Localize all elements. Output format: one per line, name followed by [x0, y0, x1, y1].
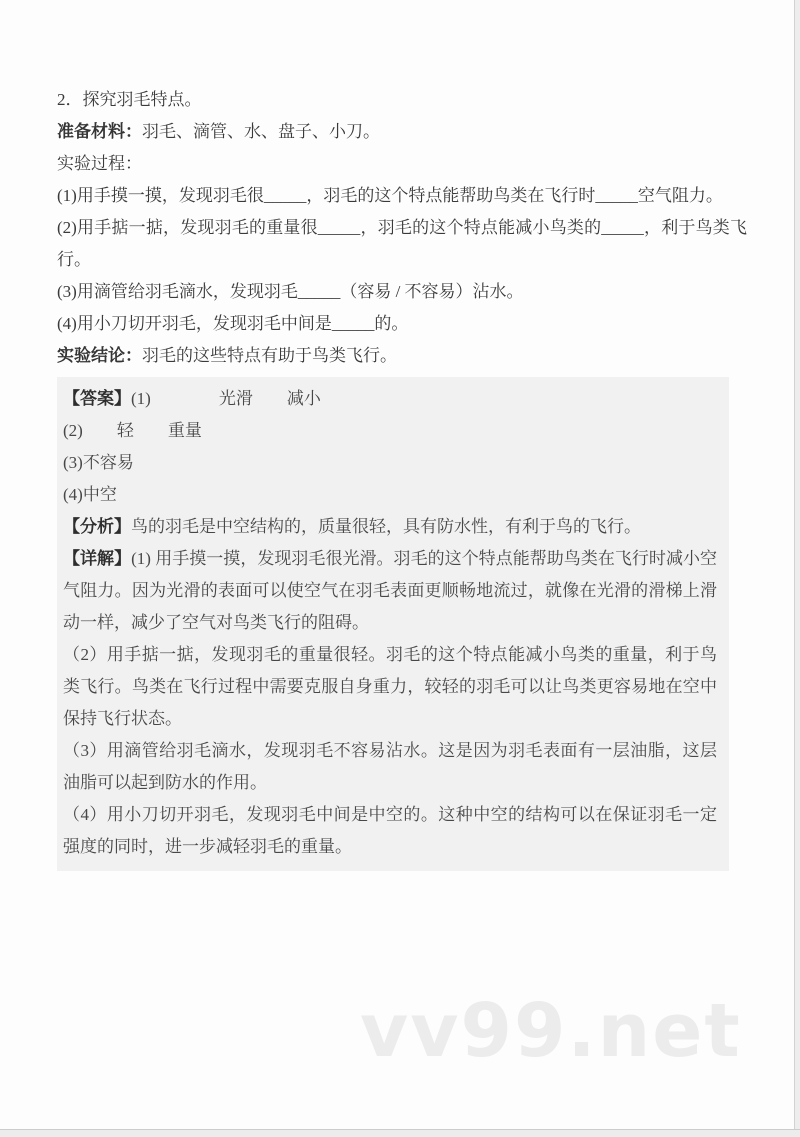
page-right-edge [794, 0, 800, 1137]
question-step-4: (4)用小刀切开羽毛，发现羽毛中间是_____的。 [57, 308, 747, 340]
question-step-1: (1)用手摸一摸，发现羽毛很_____，羽毛的这个特点能帮助鸟类在飞行时____… [57, 180, 747, 212]
conclusion-line: 实验结论：羽毛的这些特点有助于鸟类飞行。 [57, 340, 747, 372]
materials-line: 准备材料：羽毛、滴管、水、盘子、小刀。 [57, 116, 747, 148]
document-body: 2．探究羽毛特点。 准备材料：羽毛、滴管、水、盘子、小刀。 实验过程： (1)用… [57, 84, 747, 871]
detail-paragraph-3: （3）用滴管给羽毛滴水，发现羽毛不容易沾水。这是因为羽毛表面有一层油脂，这层油脂… [63, 735, 717, 799]
document-page: { "page": { "background": "#fdfdfd", "te… [0, 0, 800, 1137]
watermark: vv99.net [360, 988, 742, 1074]
answer-section: 【答案】(1) 光滑 减小 (2) 轻 重量 (3)不容易 (4)中空 【分析】… [57, 377, 729, 871]
page-bottom-edge [0, 1129, 800, 1137]
materials-label: 准备材料： [57, 122, 142, 141]
detail-label: 【详解】 [63, 549, 131, 568]
detail-paragraph-1: 【详解】(1) 用手摸一摸，发现羽毛很光滑。羽毛的这个特点能帮助鸟类在飞行时减小… [63, 543, 717, 639]
question-step-3: (3)用滴管给羽毛滴水，发现羽毛_____（容易 / 不容易）沾水。 [57, 276, 747, 308]
analysis-label: 【分析】 [63, 517, 131, 536]
analysis-text: 鸟的羽毛是中空结构的，质量很轻，具有防水性，有利于鸟的飞行。 [131, 517, 641, 536]
conclusion-text: 羽毛的这些特点有助于鸟类飞行。 [142, 346, 397, 365]
detail-paragraph-1-text: (1) 用手摸一摸，发现羽毛很光滑。羽毛的这个特点能帮助鸟类在飞行时减小空气阻力… [63, 549, 717, 632]
detail-paragraph-4: （4）用小刀切开羽毛，发现羽毛中间是中空的。这种中空的结构可以在保证羽毛一定强度… [63, 799, 717, 863]
answer-line-1: 【答案】(1) 光滑 减小 [63, 383, 717, 415]
materials-text: 羽毛、滴管、水、盘子、小刀。 [142, 122, 380, 141]
conclusion-label: 实验结论： [57, 346, 142, 365]
analysis-paragraph: 【分析】鸟的羽毛是中空结构的，质量很轻，具有防水性，有利于鸟的飞行。 [63, 511, 717, 543]
answer-line-2: (2) 轻 重量 [63, 415, 717, 447]
answer-label: 【答案】 [63, 389, 131, 408]
question-step-2: (2)用手掂一掂，发现羽毛的重量很_____，羽毛的这个特点能减小鸟类的____… [57, 212, 747, 276]
answer-line-4: (4)中空 [63, 479, 717, 511]
question-title: 2．探究羽毛特点。 [57, 84, 747, 116]
detail-paragraph-2: （2）用手掂一掂，发现羽毛的重量很轻。羽毛的这个特点能减小鸟类的重量，利于鸟类飞… [63, 639, 717, 735]
answer-line-1-text: (1) 光滑 减小 [131, 389, 321, 408]
process-label: 实验过程： [57, 148, 747, 180]
answer-line-3: (3)不容易 [63, 447, 717, 479]
